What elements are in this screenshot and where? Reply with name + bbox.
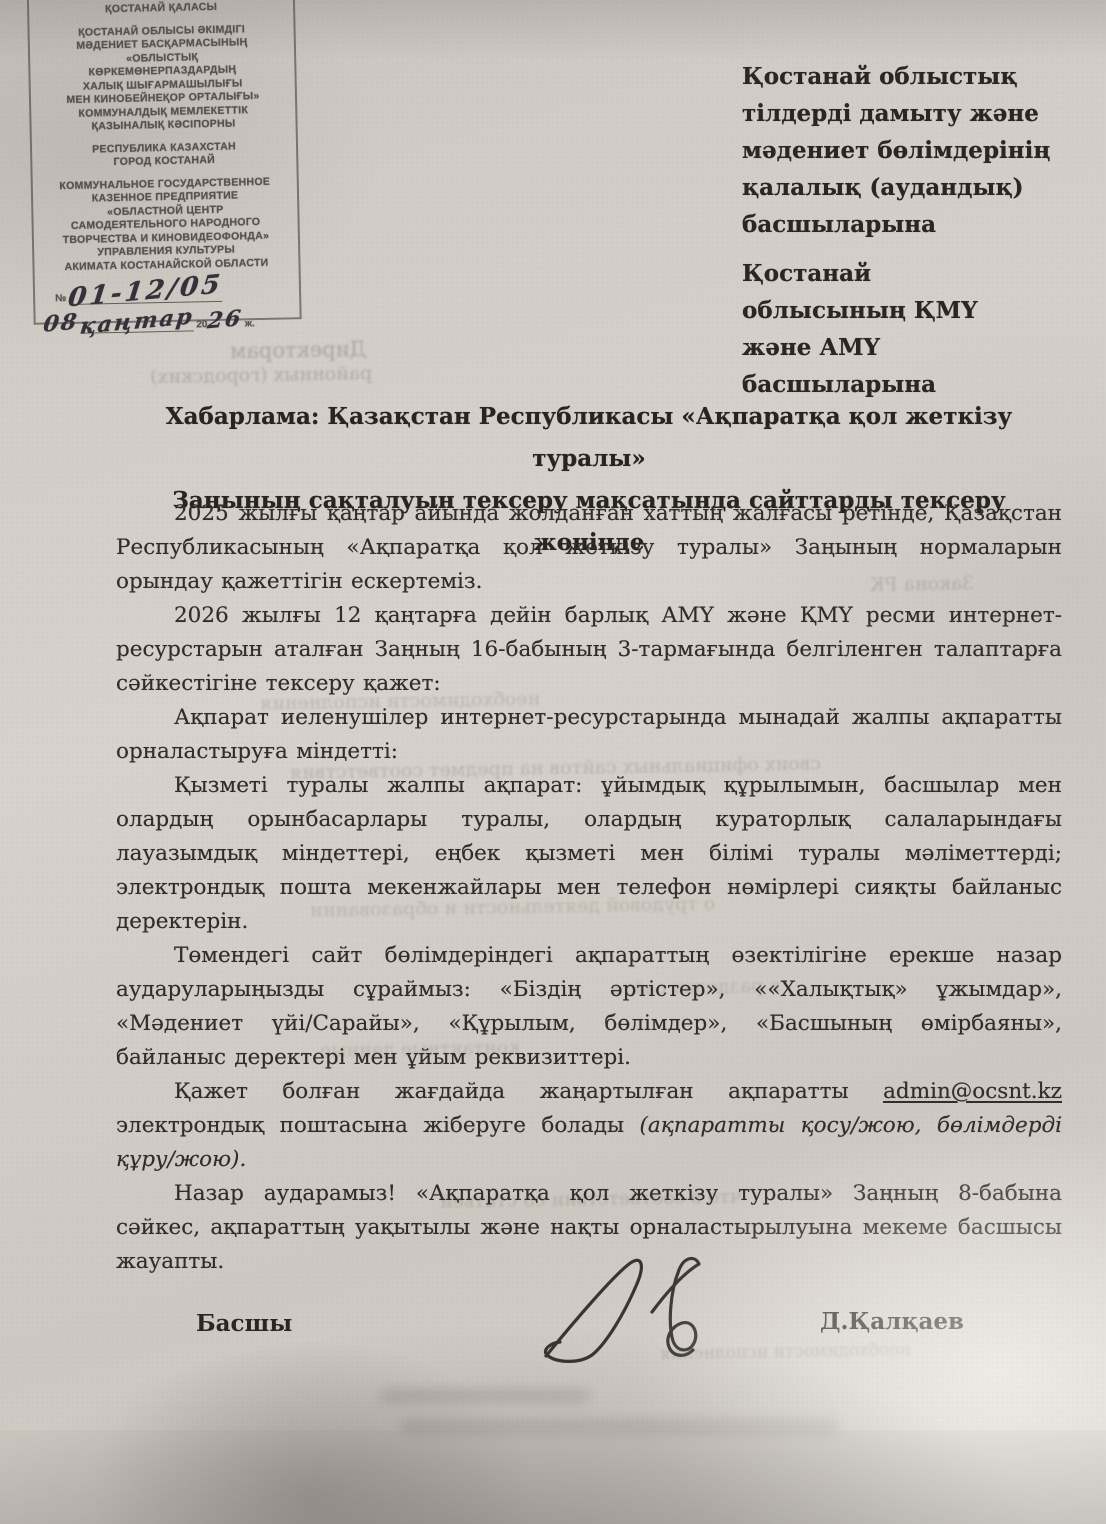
body-paragraph-3: Ақпарат иеленушілер интернет-ресурстарын…: [116, 701, 1062, 769]
addressee-line: Қостанай: [742, 255, 1054, 292]
addressee-block-2: Қостанай облысының ҚМҮ және АМҮ басшылар…: [742, 255, 1054, 403]
signature-stroke: [652, 1264, 699, 1312]
handwritten-date-month: қаңтар: [79, 303, 196, 339]
stamp-number-label: №: [55, 293, 66, 304]
email-address: admin@ocsnt.kz: [883, 1079, 1062, 1104]
scanned-letter-page: Директорам районных (городских) Закона Р…: [0, 0, 1106, 1524]
letter-subject-line-1: Хабарлама: Қазақстан Республикасы «Ақпар…: [116, 396, 1062, 480]
paragraph-6-text: электрондық поштасына жіберуге болады: [116, 1113, 640, 1138]
bleedthrough-text: районных (городских): [150, 362, 373, 388]
addressee-block-1: Қостанай облыстық тілдерді дамыту және м…: [742, 58, 1054, 243]
stamp-date-row: 08 қаңтар 2026 ж.: [41, 305, 293, 336]
body-paragraph-1: 2025 жылғы қаңтар айында жолданған хатты…: [116, 497, 1062, 599]
body-paragraph-5: Төмендегі сайт бөлімдеріндегі ақпараттың…: [116, 939, 1062, 1075]
addressee-line: облысының ҚМҮ және АМҮ басшыларына: [742, 292, 1054, 403]
bleedthrough-text: Директорам: [230, 337, 367, 363]
handwritten-date-year: 26: [206, 305, 244, 334]
paragraph-6-text: Қажет болған жағдайда жаңартылған ақпара…: [174, 1079, 883, 1104]
signature-stroke: [668, 1258, 699, 1355]
stamp-number-row: № 01-12/05: [41, 273, 294, 308]
letter-body: 2025 жылғы қаңтар айында жолданған хатты…: [116, 497, 1062, 1279]
registration-stamp: ҚОСТАНАЙ ҚАЛАСЫ ҚОСТАНАЙ ОБЛЫСЫ ӘКІМДІГІ…: [26, 0, 301, 325]
body-paragraph-6: Қажет болған жағдайда жаңартылған ақпара…: [116, 1075, 1062, 1177]
blurred-executor-line: [380, 1390, 590, 1403]
body-paragraph-4: Қызметі туралы жалпы ақпарат: ұйымдық құ…: [116, 769, 1062, 939]
signer-name: Д.Қалқаев: [820, 1308, 964, 1335]
stamp-date-suffix: ж.: [245, 318, 255, 329]
signer-title: Басшы: [196, 1310, 292, 1337]
bottom-focus-blur: [0, 1430, 1106, 1524]
signature-handwriting: [532, 1252, 747, 1374]
body-paragraph-2: 2026 жылғы 12 қаңтарға дейін барлық АМҮ …: [116, 599, 1062, 701]
signature-stroke: [545, 1260, 641, 1361]
handwritten-date-day: 08: [42, 309, 80, 338]
